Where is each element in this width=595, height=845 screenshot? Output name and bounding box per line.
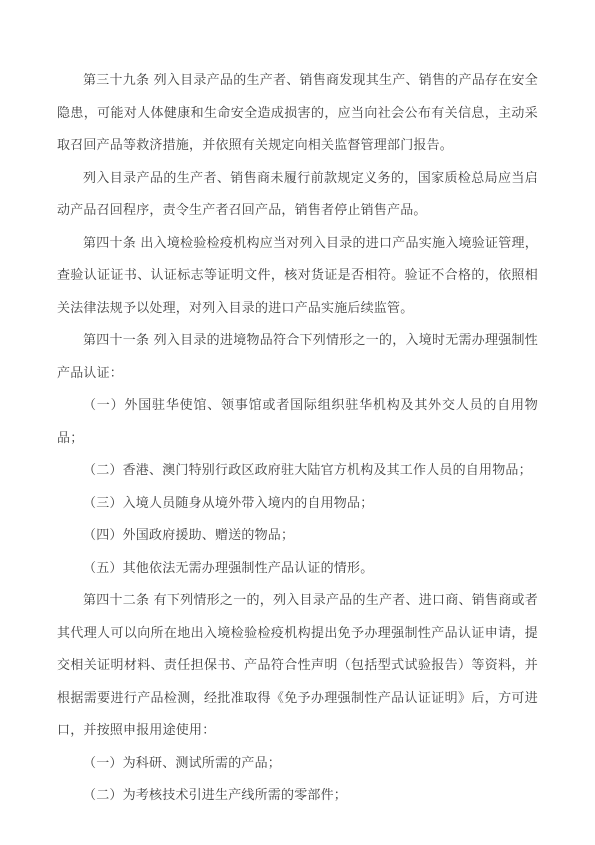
paragraph-article-39-clause-2: 列入目录产品的生产者、销售商未履行前款规定义务的，国家质检总局应当启动产品召回程… <box>57 163 538 228</box>
document-body: 第三十九条 列入目录产品的生产者、销售商发现其生产、销售的产品存在安全隐患，可能… <box>57 65 538 813</box>
list-item-41-3: （三）入境人员随身从境外带入境内的自用物品； <box>57 488 538 521</box>
list-item-41-5: （五）其他依法无需办理强制性产品认证的情形。 <box>57 553 538 586</box>
paragraph-article-41: 第四十一条 列入目录的进境物品符合下列情形之一的，入境时无需办理强制性产品认证： <box>57 325 538 390</box>
paragraph-article-39: 第三十九条 列入目录产品的生产者、销售商发现其生产、销售的产品存在安全隐患，可能… <box>57 65 538 163</box>
list-item-42-1: （一）为科研、测试所需的产品； <box>57 748 538 781</box>
list-item-41-2: （二）香港、澳门特别行政区政府驻大陆官方机构及其工作人员的自用物品； <box>57 455 538 488</box>
document-page: 第三十九条 列入目录产品的生产者、销售商发现其生产、销售的产品存在安全隐患，可能… <box>0 0 595 845</box>
paragraph-article-40: 第四十条 出入境检验检疫机构应当对列入目录的进口产品实施入境验证管理，查验认证证… <box>57 228 538 326</box>
paragraph-article-42: 第四十二条 有下列情形之一的，列入目录产品的生产者、进口商、销售商或者其代理人可… <box>57 585 538 748</box>
list-item-42-2: （二）为考核技术引进生产线所需的零部件； <box>57 780 538 813</box>
list-item-41-1: （一）外国驻华使馆、领事馆或者国际组织驻华机构及其外交人员的自用物品； <box>57 390 538 455</box>
list-item-41-4: （四）外国政府援助、赠送的物品； <box>57 520 538 553</box>
